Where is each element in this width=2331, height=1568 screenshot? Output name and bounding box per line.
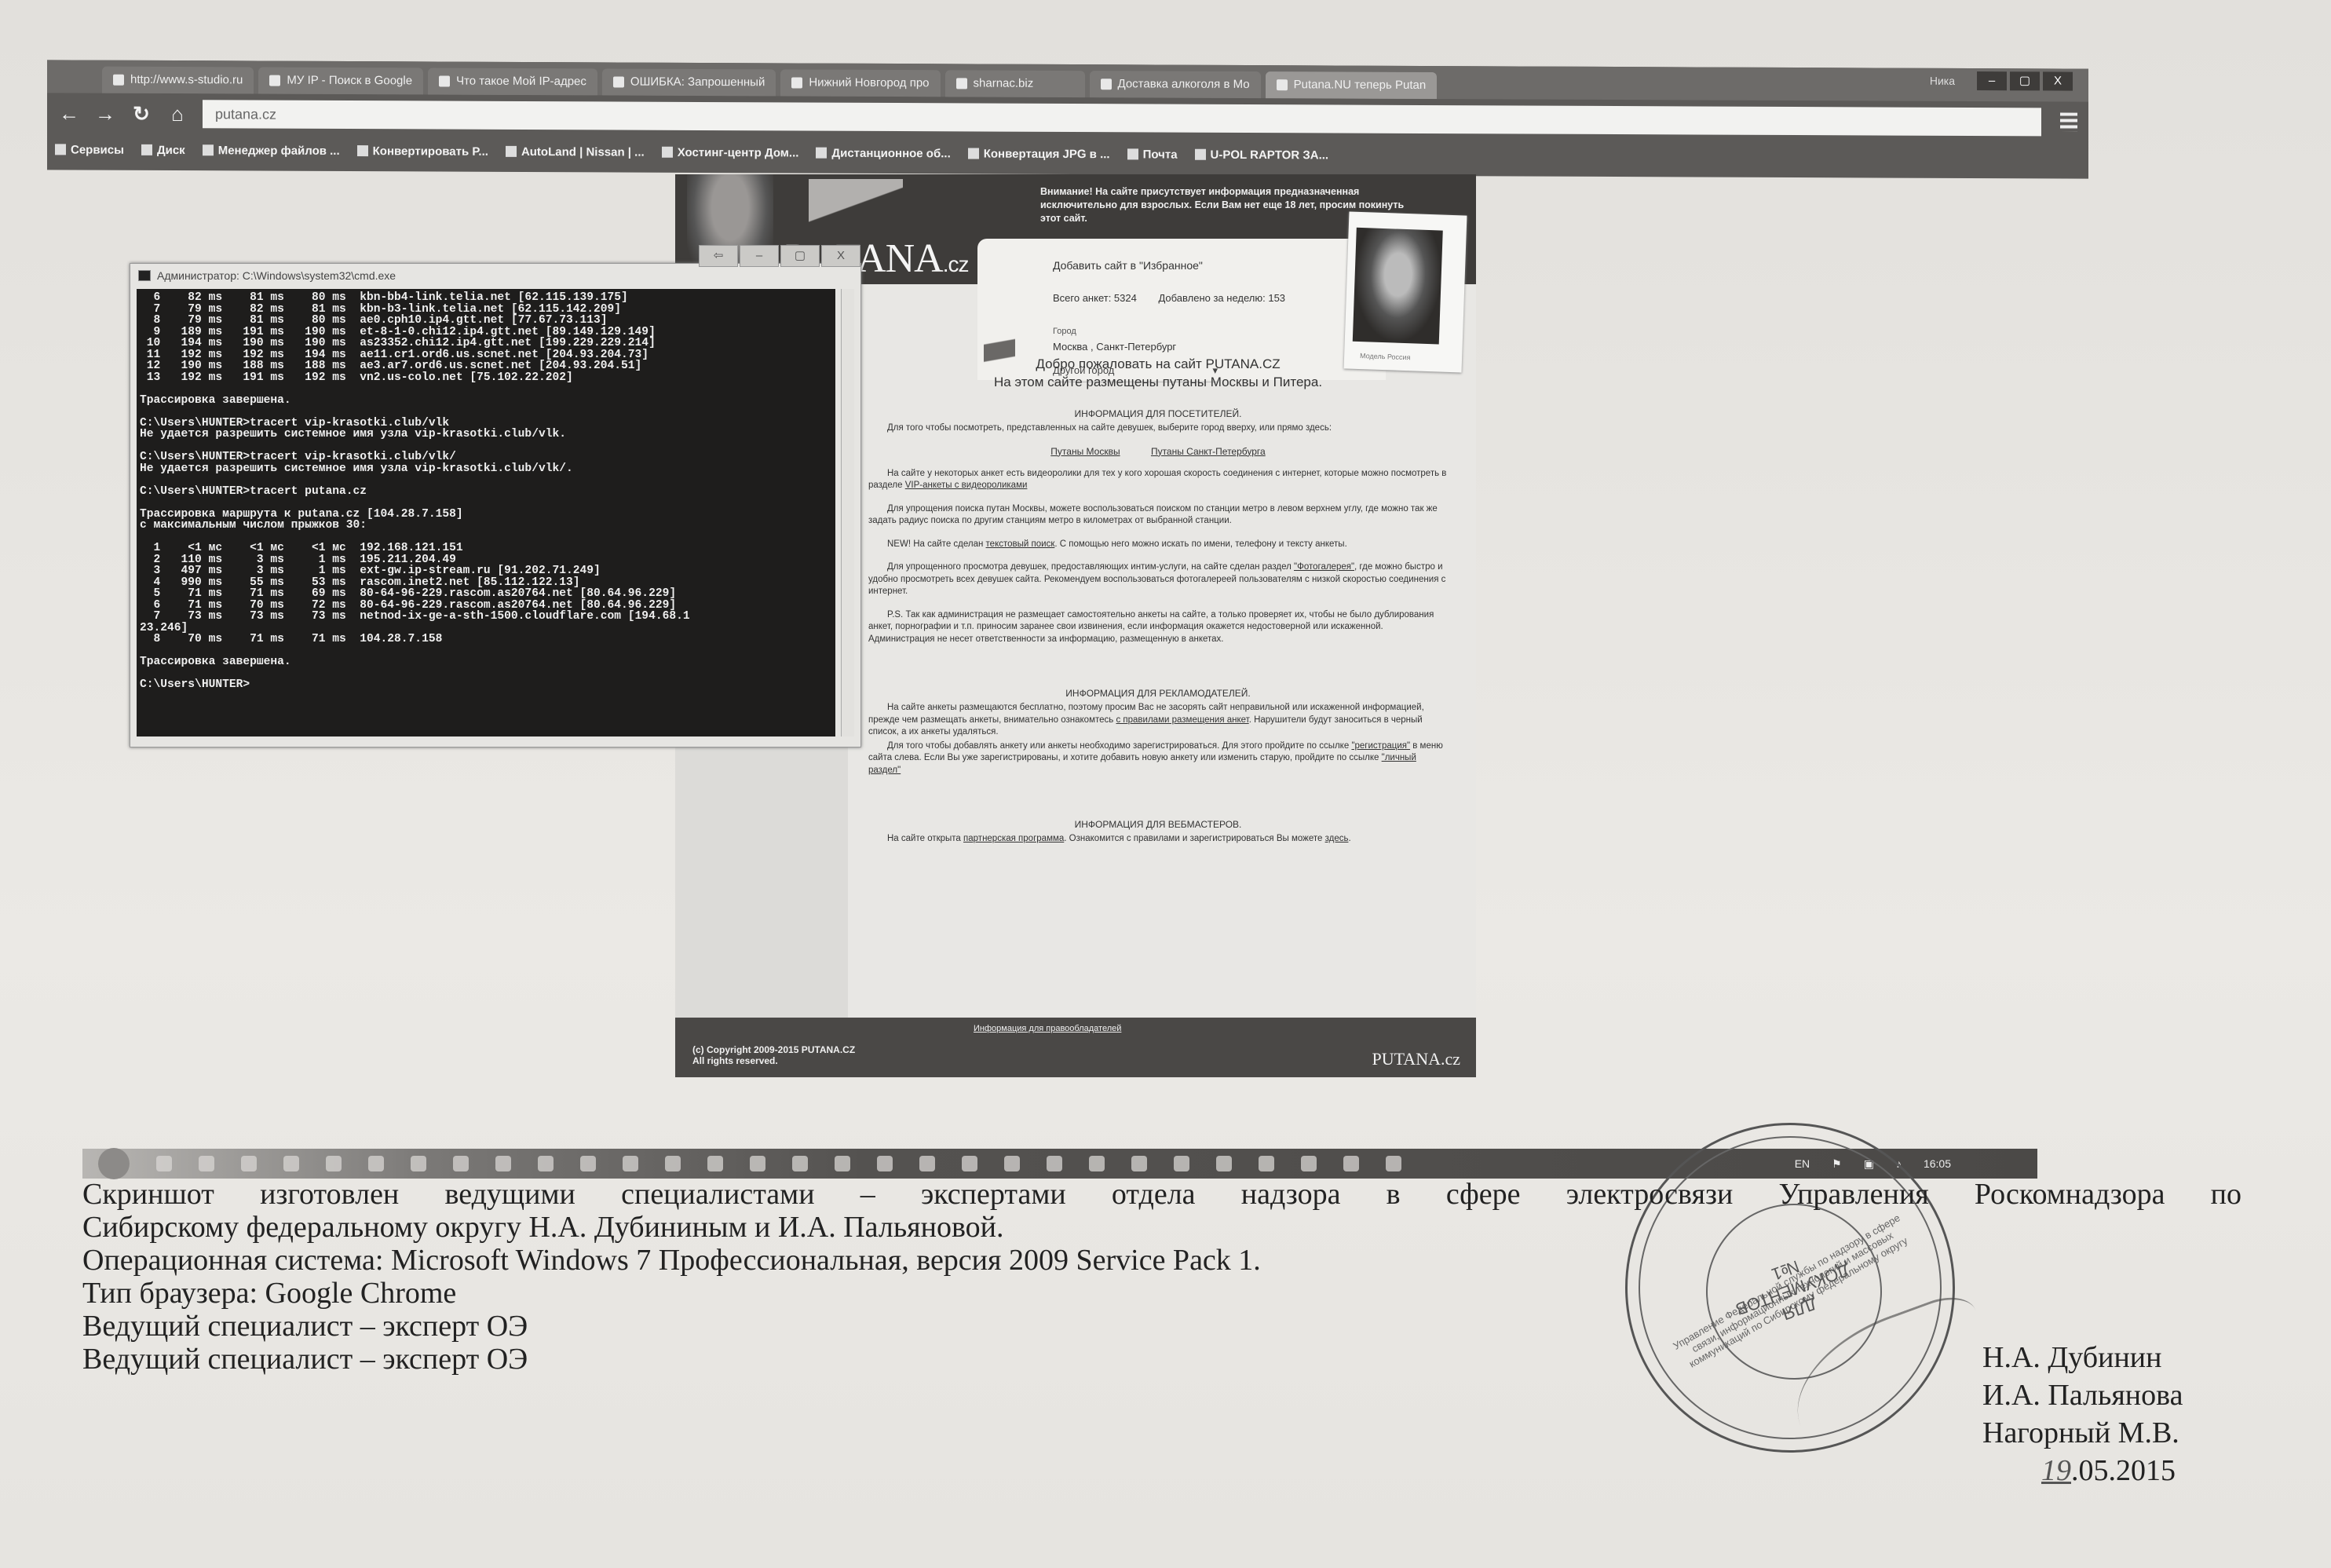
browser-tab[interactable]: Putana.NU теперь Putan <box>1266 71 1438 99</box>
taskbar-app-icon[interactable] <box>623 1156 638 1171</box>
bookmark-item[interactable]: Дистанционное об... <box>816 146 950 160</box>
browser-tab[interactable]: Нижний Новгород про <box>780 69 940 97</box>
visitors-title: ИНФОРМАЦИЯ ДЛЯ ПОСЕТИТЕЛЕЙ. <box>856 408 1460 419</box>
bookmark-icon <box>662 147 673 158</box>
restore-button[interactable]: ▢ <box>2010 71 2040 90</box>
text-search-link[interactable]: текстовый поиск <box>986 539 1055 549</box>
taskbar-app-icon[interactable] <box>1301 1156 1317 1171</box>
register-paragraph: Для того чтобы добавлять анкету или анке… <box>856 740 1460 777</box>
taskbar-app-icon[interactable] <box>1174 1156 1189 1171</box>
bookmark-icon <box>55 144 66 155</box>
bookmark-item[interactable]: Почта <box>1127 148 1178 161</box>
city-links[interactable]: Москва , Санкт-Петербург <box>1053 341 1176 353</box>
spb-link[interactable]: Путаны Санкт-Петербурга <box>1151 446 1266 457</box>
bookmark-icon <box>506 146 517 157</box>
close-button[interactable]: X <box>2043 71 2073 90</box>
bookmark-item[interactable]: Конвертация JPG в ... <box>968 147 1110 161</box>
taskbar-app-icon[interactable] <box>835 1156 850 1171</box>
taskbar-app-icon[interactable] <box>919 1156 935 1171</box>
taskbar-app-icon[interactable] <box>1343 1156 1359 1171</box>
add-favorite-link[interactable]: Добавить сайт в "Избранное" <box>1053 259 1203 272</box>
browser-tab[interactable]: http://www.s-studio.ru <box>102 67 254 94</box>
bookmark-icon <box>203 144 214 155</box>
taskbar-app-icon[interactable] <box>283 1156 299 1171</box>
signer-name: Нагорный М.В. <box>1982 1414 2183 1452</box>
minimize-button[interactable]: – <box>1977 71 2007 90</box>
partner-link[interactable]: партнерская программа <box>963 834 1064 843</box>
featured-photo[interactable]: Модель Россия <box>1344 211 1467 372</box>
taskbar-app-icon[interactable] <box>495 1156 511 1171</box>
cmd-title: Администратор: C:\Windows\system32\cmd.e… <box>157 269 396 282</box>
site-footer: Информация для правообладателей (c) Copy… <box>675 1018 1476 1077</box>
footer-logo[interactable]: PUTANA.cz <box>1372 1049 1461 1069</box>
caption-line: Сибирскому федеральному округу Н.А. Дуби… <box>82 1211 2241 1244</box>
gallery-paragraph: Для упрощенного просмотра девушек, предо… <box>856 561 1460 598</box>
city-label: Город <box>1053 327 1076 336</box>
document-caption: Скриншот изготовлен ведущими специалиста… <box>82 1178 2241 1376</box>
disclaimer-paragraph: P.S. Так как администрация не размещает … <box>856 609 1460 646</box>
cmd-icon <box>138 270 151 281</box>
vip-link[interactable]: VIP-анкеты с видеороликами <box>905 481 1028 490</box>
signer-name: Н.А. Дубинин <box>1982 1339 2183 1376</box>
role-line: Ведущий специалист – эксперт ОЭ <box>82 1310 2241 1343</box>
cmd-scrollbar[interactable] <box>841 289 854 736</box>
video-paragraph: На сайте у некоторых анкет есть видеорол… <box>856 468 1460 492</box>
favicon-icon <box>791 77 802 88</box>
bookmark-icon <box>1195 149 1206 160</box>
browser-tab[interactable]: Доставка алкоголя в Мо <box>1090 71 1261 98</box>
browser-tab[interactable]: МУ IP - Поиск в Google <box>258 68 423 95</box>
taskbar-app-icon[interactable] <box>368 1156 384 1171</box>
favicon-icon <box>113 75 124 86</box>
address-text: putana.cz <box>215 106 276 122</box>
browser-tab[interactable]: sharnac.biz <box>945 70 1085 97</box>
bookmark-item[interactable]: Хостинг-центр Дом... <box>662 145 799 159</box>
taskbar-app-icon[interactable] <box>1386 1156 1401 1171</box>
ads-paragraph: На сайте анкеты размещаются бесплатно, п… <box>856 702 1460 739</box>
browser-tab[interactable]: Что такое Мой IP-адрес <box>428 68 597 95</box>
bookmark-icon <box>1127 148 1138 159</box>
taskbar-app-icon[interactable] <box>1259 1156 1274 1171</box>
taskbar-app-icon[interactable] <box>877 1156 893 1171</box>
signatories: Н.А. Дубинин И.А. Пальянова Нагорный М.В… <box>1982 1339 2183 1489</box>
visitors-paragraph: Для того чтобы посмотреть, представленны… <box>856 422 1460 435</box>
favicon-icon <box>1101 79 1112 90</box>
taskbar-app-icon[interactable] <box>1047 1156 1062 1171</box>
taskbar-app-icon[interactable] <box>792 1156 808 1171</box>
taskbar-app-icon[interactable] <box>707 1156 723 1171</box>
taskbar-app-icon[interactable] <box>199 1156 214 1171</box>
main-content: Добро пожаловать на сайт PUTANA.CZ На эт… <box>856 355 1460 857</box>
taskbar-app-icon[interactable] <box>1216 1156 1232 1171</box>
signature-date: 19.05.2015 <box>1982 1452 2183 1489</box>
taskbar-app-icon[interactable] <box>750 1156 765 1171</box>
forward-icon[interactable]: → <box>94 101 116 126</box>
moscow-link[interactable]: Путаны Москвы <box>1050 446 1120 457</box>
taskbar-app-icon[interactable] <box>962 1156 977 1171</box>
bookmark-item[interactable]: Диск <box>141 143 185 156</box>
stats-line: Всего анкет: 5324 Добавлено за неделю: 1… <box>1053 292 1304 304</box>
city-links-row: Путаны Москвы Путаны Санкт-Петербурга <box>856 446 1460 457</box>
taskbar-app-icon[interactable] <box>1089 1156 1105 1171</box>
browser-user-label[interactable]: Ника <box>1930 75 1955 87</box>
browser-window: http://www.s-studio.ruМУ IP - Поиск в Go… <box>47 60 2088 178</box>
taskbar-app-icon[interactable] <box>1004 1156 1020 1171</box>
rules-link[interactable]: с правилами размещения анкет <box>1116 715 1248 725</box>
welcome-heading: Добро пожаловать на сайт PUTANA.CZ На эт… <box>856 355 1460 391</box>
here-link[interactable]: здесь <box>1325 834 1349 843</box>
os-line: Операционная система: Microsoft Windows … <box>82 1244 2241 1277</box>
reload-icon[interactable]: ↻ <box>130 101 152 126</box>
back-icon[interactable]: ← <box>58 101 80 126</box>
favicon-icon <box>269 75 280 86</box>
taskbar-app-icon[interactable] <box>453 1156 469 1171</box>
clock[interactable]: 16:05 <box>1924 1157 1951 1170</box>
favicon-icon <box>956 78 967 89</box>
taskbar-app-icon[interactable] <box>411 1156 426 1171</box>
taskbar-app-icon[interactable] <box>326 1156 342 1171</box>
taskbar-app-icon[interactable] <box>580 1156 596 1171</box>
bookmark-item[interactable]: Сервисы <box>55 143 124 156</box>
webmasters-paragraph: На сайте открыта партнерская программа. … <box>856 833 1460 846</box>
favicon-icon <box>613 76 624 87</box>
chrome-menu-icon[interactable] <box>2060 113 2077 132</box>
signer-name: И.А. Пальянова <box>1982 1376 2183 1414</box>
taskbar-app-icon[interactable] <box>156 1156 172 1171</box>
copyright-text: (c) Copyright 2009-2015 PUTANA.CZ All ri… <box>692 1044 855 1066</box>
cmd-output[interactable]: 6 82 ms 81 ms 80 ms kbn-bb4-link.telia.n… <box>137 289 835 736</box>
taskbar-app-icon[interactable] <box>241 1156 257 1171</box>
taskbar-app-icon[interactable] <box>665 1156 681 1171</box>
bookmark-icon <box>357 145 368 156</box>
bookmark-item[interactable]: AutoLand | Nissan | ... <box>506 144 645 159</box>
bookmark-icon <box>141 144 152 155</box>
total-count: Всего анкет: 5324 <box>1053 292 1137 304</box>
ads-title: ИНФОРМАЦИЯ ДЛЯ РЕКЛАМОДАТЕЛЕЙ. <box>856 688 1460 699</box>
window-controls: – ▢ X <box>1977 71 2073 91</box>
scanned-page: http://www.s-studio.ruМУ IP - Поиск в Go… <box>0 0 2331 1568</box>
bookmark-icon <box>968 148 979 159</box>
copyright-holders-link[interactable]: Информация для правообладателей <box>974 1024 1121 1033</box>
favicon-icon <box>1277 79 1288 90</box>
model-photo <box>1353 228 1443 345</box>
metro-paragraph: Для упрощения поиска путан Москвы, может… <box>856 503 1460 528</box>
home-icon[interactable]: ⌂ <box>166 101 188 126</box>
bookmark-item[interactable]: Конвертировать P... <box>357 144 488 159</box>
webmasters-title: ИНФОРМАЦИЯ ДЛЯ ВЕБМАСТЕРОВ. <box>856 819 1460 830</box>
cmd-title-bar[interactable]: Администратор: C:\Windows\system32\cmd.e… <box>130 264 860 287</box>
taskbar-app-icon[interactable] <box>1131 1156 1147 1171</box>
cmd-window[interactable]: ⇦ – ▢ X Администратор: C:\Windows\system… <box>130 263 861 747</box>
browser-line: Тип браузера: Google Chrome <box>82 1277 2241 1310</box>
bookmark-item[interactable]: U-POL RAPTOR ЗА... <box>1195 148 1329 162</box>
bookmark-item[interactable]: Менеджер файлов ... <box>203 144 340 158</box>
caption-line: Скриншот изготовлен ведущими специалиста… <box>82 1178 2241 1211</box>
address-bar[interactable]: putana.cz <box>203 100 2041 136</box>
register-link[interactable]: "регистрация" <box>1351 741 1410 751</box>
taskbar-app-icon[interactable] <box>538 1156 554 1171</box>
gallery-link[interactable]: "Фотогалерея" <box>1294 562 1354 572</box>
browser-tab[interactable]: ОШИБКА: Запрошенный <box>602 68 776 96</box>
start-button[interactable] <box>98 1148 130 1179</box>
weekly-count: Добавлено за неделю: 153 <box>1158 292 1285 304</box>
favicon-icon <box>439 76 450 87</box>
role-line: Ведущий специалист – эксперт ОЭ <box>82 1343 2241 1376</box>
bookmark-icon <box>816 148 827 159</box>
search-paragraph: NEW! На сайте сделан текстовый поиск. С … <box>856 539 1460 551</box>
